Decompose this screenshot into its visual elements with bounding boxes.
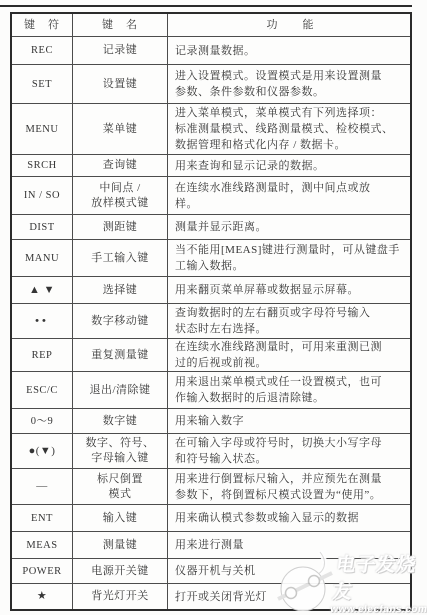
key-name: 背光灯开关 <box>91 589 149 604</box>
key-function: 在连续水准线路测量时，可用来重测已测 过的后视或前视。 <box>175 339 382 371</box>
key-symbol-cell: ●(▼) <box>12 434 73 468</box>
key-function: 用来退出菜单模式或任一设置模式，也可 作输入数据时的后退清除键。 <box>175 374 382 406</box>
key-symbol: MENU <box>26 122 59 137</box>
key-name: 标尺倒置 模式 <box>97 472 143 502</box>
header-key-name-cell: 键 名 <box>73 14 168 36</box>
key-name-cell: 手工输入键 <box>73 240 168 276</box>
key-name-cell: 测量键 <box>73 532 168 558</box>
up-down-arrows-icon: ▲ ▼ <box>29 283 55 298</box>
key-symbol-cell: REC <box>12 37 73 64</box>
table-row-backlight: ★ 背光灯开关 打开或关闭背光灯 <box>12 584 410 609</box>
key-function: 用来确认模式参数或输入显示的数据 <box>175 510 359 526</box>
key-name: 查询键 <box>103 158 138 173</box>
key-function-cell: 用来输入数字 <box>168 409 410 433</box>
key-symbol-cell: •• <box>12 304 73 338</box>
page-top-rule <box>0 5 412 7</box>
table-row-esc: ESC/C 退出/清除键 用来退出菜单模式或任一设置模式，也可 作输入数据时的后… <box>12 372 410 409</box>
key-name: 输入键 <box>103 511 138 526</box>
key-symbol-cell: MANU <box>12 240 73 276</box>
key-name: 记录键 <box>103 43 138 58</box>
key-name-cell: 中间点 / 放样模式键 <box>73 177 168 214</box>
key-function-cell: 用来确认模式参数或输入显示的数据 <box>168 505 410 531</box>
key-function-cell: 用来进行测量 <box>168 532 410 558</box>
table-row-manu: MANU 手工输入键 当不能用[MEAS]键进行测量时，可从键盘手 工输入数据。 <box>12 240 410 277</box>
key-function: 当不能用[MEAS]键进行测量时，可从键盘手 工输入数据。 <box>175 242 400 274</box>
key-symbol-cell: REP <box>12 339 73 371</box>
key-symbol: SRCH <box>27 158 56 173</box>
key-symbol-cell: 0～9 <box>12 409 73 433</box>
key-function-cell: 测量并显示距离。 <box>168 215 410 239</box>
key-name-cell: 记录键 <box>73 37 168 64</box>
table-row-set: SET 设置键 进入设置模式。设置模式是用来设置测量 参数、条件参数和仪器参数。 <box>12 65 410 104</box>
key-name-cell: 设置键 <box>73 65 168 103</box>
header-function: 功 能 <box>267 17 315 33</box>
table-row-power: POWER 电源开关键 仪器开机与关机 <box>12 559 410 584</box>
key-symbol-cell: ▲ ▼ <box>12 277 73 303</box>
key-symbol: ESC/C <box>26 383 58 398</box>
key-function-cell: 仪器开机与关机 <box>168 559 410 583</box>
key-symbol-cell: ★ <box>12 584 73 609</box>
star-icon: ★ <box>37 589 47 604</box>
table-row-dist: DIST 测距键 测量并显示距离。 <box>12 215 410 240</box>
key-function: 打开或关闭背光灯 <box>175 589 267 605</box>
table-row-meas: MEAS 测量键 用来进行测量 <box>12 532 410 559</box>
key-symbol: 0～9 <box>31 414 54 429</box>
key-function: 用来进行倒置标尺输入，并应预先在测量 参数下，将倒置标尺模式设置为“使用”。 <box>175 471 382 503</box>
key-name: 数字、符号、 字母输入键 <box>86 436 155 466</box>
key-function-cell: 进入设置模式。设置模式是用来设置测量 参数、条件参数和仪器参数。 <box>168 65 410 103</box>
key-name-cell: 查询键 <box>73 155 168 176</box>
key-name-cell: 电源开关键 <box>73 559 168 583</box>
key-function: 仪器开机与关机 <box>175 563 256 579</box>
key-function-cell: 用来查询和显示记录的数据。 <box>168 155 410 176</box>
key-name-cell: 测距键 <box>73 215 168 239</box>
table-row-numbers: 0～9 数字键 用来输入数字 <box>12 409 410 434</box>
header-key-symbol: 键 符 <box>24 18 60 33</box>
key-function-cell: 查询数据时的左右翻页或字母符号输入 状态时左右选择。 <box>168 304 410 338</box>
key-name-cell: 重复测量键 <box>73 339 168 371</box>
key-name: 菜单键 <box>103 122 138 137</box>
key-function-cell: 用来退出菜单模式或任一设置模式，也可 作输入数据时的后退清除键。 <box>168 372 410 408</box>
key-symbol: DIST <box>29 220 54 235</box>
key-symbol: POWER <box>22 564 61 579</box>
key-symbol-cell: SRCH <box>12 155 73 176</box>
key-function: 在可输入字母或符号时，切换大小写字母 和符号输入状态。 <box>175 435 382 467</box>
key-name: 设置键 <box>103 77 138 92</box>
key-function-cell: 当不能用[MEAS]键进行测量时，可从键盘手 工输入数据。 <box>168 240 410 276</box>
table-row-ent: ENT 输入键 用来确认模式参数或输入显示的数据 <box>12 505 410 532</box>
key-name-cell: 输入键 <box>73 505 168 531</box>
key-symbol-cell: — <box>12 469 73 504</box>
key-symbol-cell: IN / SO <box>12 177 73 214</box>
table-row-inverted-staff: — 标尺倒置 模式 用来进行倒置标尺输入，并应预先在测量 参数下，将倒置标尺模式… <box>12 469 410 505</box>
key-symbol-cell: POWER <box>12 559 73 583</box>
table-row-srch: SRCH 查询键 用来查询和显示记录的数据。 <box>12 155 410 177</box>
table-row-rec: REC 记录键 记录测量数据。 <box>12 37 410 65</box>
dash-icon: — <box>36 479 48 494</box>
key-function-cell: 进入菜单模式，菜单模式有下列选择项： 标准测量模式、线路测量模式、检校模式、 数… <box>168 104 410 154</box>
key-name-cell: 背光灯开关 <box>73 584 168 609</box>
key-function-cell: 用来进行倒置标尺输入，并应预先在测量 参数下，将倒置标尺模式设置为“使用”。 <box>168 469 410 504</box>
key-name: 手工输入键 <box>91 251 149 266</box>
key-name: 测量键 <box>103 538 138 553</box>
table-row-menu: MENU 菜单键 进入菜单模式，菜单模式有下列选择项： 标准测量模式、线路测量模… <box>12 104 410 155</box>
key-symbol: ENT <box>31 511 53 526</box>
key-name: 测距键 <box>103 220 138 235</box>
header-key-name: 键 名 <box>102 18 138 33</box>
key-symbol-cell: ENT <box>12 505 73 531</box>
table-row-inso: IN / SO 中间点 / 放样模式键 在连续水准线路测量时，测中间点或放 样。 <box>12 177 410 215</box>
key-name: 重复测量键 <box>91 348 149 363</box>
key-name: 数字移动键 <box>91 314 149 329</box>
table-header-row: 键 符 键 名 功 能 <box>12 14 410 37</box>
key-function: 用来进行测量 <box>175 537 244 553</box>
key-function: 记录测量数据。 <box>175 43 256 59</box>
key-name: 电源开关键 <box>91 564 149 579</box>
key-symbol-cell: MEAS <box>12 532 73 558</box>
key-function-cell: 打开或关闭背光灯 <box>168 584 410 609</box>
key-function: 进入菜单模式，菜单模式有下列选择项： 标准测量模式、线路测量模式、检校模式、 数… <box>175 105 394 153</box>
table-row-select: ▲ ▼ 选择键 用来翻页菜单屏幕或数据显示屏幕。 <box>12 277 410 304</box>
key-name: 退出/清除键 <box>89 383 150 398</box>
key-symbol: REC <box>31 43 53 58</box>
key-symbol: REP <box>32 348 53 363</box>
key-function: 测量并显示距离。 <box>175 219 267 235</box>
key-function: 用来输入数字 <box>175 413 244 429</box>
header-function-cell: 功 能 <box>168 14 410 36</box>
key-function-cell: 用来翻页菜单屏幕或数据显示屏幕。 <box>168 277 410 303</box>
key-function-cell: 在可输入字母或符号时，切换大小写字母 和符号输入状态。 <box>168 434 410 468</box>
key-function: 在连续水准线路测量时，测中间点或放 样。 <box>175 180 371 212</box>
key-name-cell: 数字移动键 <box>73 304 168 338</box>
table-row-digit-move: •• 数字移动键 查询数据时的左右翻页或字母符号输入 状态时左右选择。 <box>12 304 410 339</box>
key-name-cell: 退出/清除键 <box>73 372 168 408</box>
key-function-table: 键 符 键 名 功 能 REC 记录键 记录测量数据。 SET 设置键 进入设置… <box>10 12 412 611</box>
key-name: 数字键 <box>103 414 138 429</box>
key-symbol-cell: MENU <box>12 104 73 154</box>
key-function: 查询数据时的左右翻页或字母符号输入 状态时左右选择。 <box>175 305 371 337</box>
key-function: 用来查询和显示记录的数据。 <box>175 158 325 174</box>
key-function-cell: 记录测量数据。 <box>168 37 410 64</box>
table-row-rep: REP 重复测量键 在连续水准线路测量时，可用来重测已测 过的后视或前视。 <box>12 339 410 372</box>
key-name: 选择键 <box>103 283 138 298</box>
key-name-cell: 数字键 <box>73 409 168 433</box>
key-symbol: SET <box>32 77 52 92</box>
key-function-cell: 在连续水准线路测量时，可用来重测已测 过的后视或前视。 <box>168 339 410 371</box>
key-symbol: IN / SO <box>24 188 60 203</box>
key-function-cell: 在连续水准线路测量时，测中间点或放 样。 <box>168 177 410 214</box>
key-symbol-cell: ESC/C <box>12 372 73 408</box>
key-name-cell: 数字、符号、 字母输入键 <box>73 434 168 468</box>
key-function: 进入设置模式。设置模式是用来设置测量 参数、条件参数和仪器参数。 <box>175 68 382 100</box>
key-symbol: MEAS <box>26 538 57 553</box>
left-right-dots-icon: •• <box>35 314 49 329</box>
key-name-cell: 标尺倒置 模式 <box>73 469 168 504</box>
key-symbol-cell: DIST <box>12 215 73 239</box>
header-key-symbol-cell: 键 符 <box>12 14 73 36</box>
key-name-cell: 菜单键 <box>73 104 168 154</box>
key-symbol-cell: SET <box>12 65 73 103</box>
key-name: 中间点 / 放样模式键 <box>91 181 149 211</box>
table-row-alpha-input: ●(▼) 数字、符号、 字母输入键 在可输入字母或符号时，切换大小写字母 和符号… <box>12 434 410 469</box>
key-name-cell: 选择键 <box>73 277 168 303</box>
key-function: 用来翻页菜单屏幕或数据显示屏幕。 <box>175 282 359 298</box>
dot-down-triangle-icon: ●(▼) <box>29 444 56 459</box>
key-symbol: MANU <box>25 251 59 266</box>
